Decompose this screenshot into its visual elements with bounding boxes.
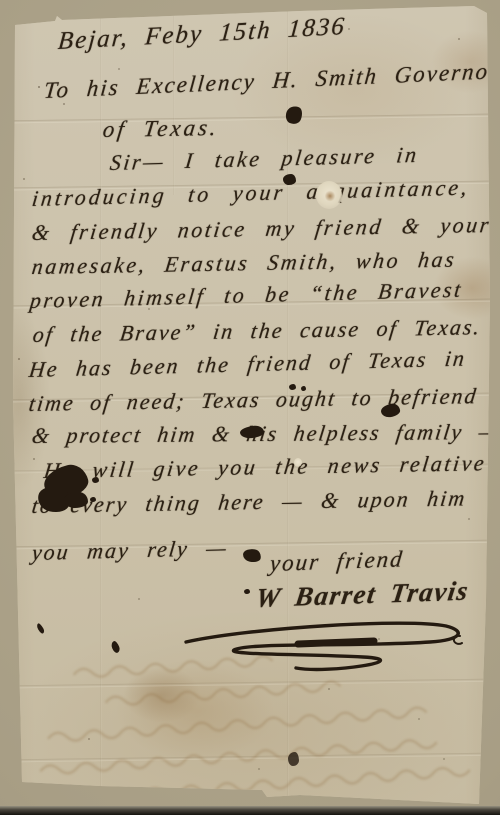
letter-body-line: you may rely —: [31, 535, 230, 566]
letter-paper-sheet: Bejar, Feby 15th 1836 To his Excellency …: [0, 0, 500, 815]
photographed-letter-scene: Bejar, Feby 15th 1836 To his Excellency …: [0, 0, 500, 815]
letter-body-line: time of need; Texas ought to befriend: [27, 383, 479, 417]
letter-closing: your friend: [269, 546, 406, 577]
letter-body-line: & protect him & his helpless family —: [30, 419, 500, 449]
ink-speck: [92, 477, 99, 483]
letter-body-line: Sir— I take pleasure in: [109, 142, 421, 176]
letter-body-line: introducing to your acquaintance,: [31, 174, 472, 212]
letter-address-line-2: of Texas.: [101, 115, 220, 143]
letter-address-line-1: To his Excellency H. Smith Governor: [43, 58, 500, 104]
ink-spot: [288, 752, 299, 766]
letter-body-line: namesake, Erastus Smith, who has: [30, 247, 457, 280]
ink-speck: [289, 384, 296, 390]
fold-crease: [10, 114, 492, 124]
ink-blot-large: [64, 492, 88, 508]
ink-speck: [90, 497, 96, 502]
ink-blot: [242, 548, 262, 564]
ink-speck: [301, 386, 306, 391]
letter-signature: W Barret Travis: [254, 575, 471, 614]
ink-blot: [283, 174, 296, 185]
signature-flourish: [178, 610, 478, 678]
ink-speck: [244, 589, 250, 594]
letter-body-line: He has been the friend of Texas in: [28, 346, 468, 384]
letter-body-line: to every thing here — & upon him: [30, 485, 468, 519]
paper-flecks: [0, 0, 2, 2]
paper-repair-stain: [325, 190, 335, 202]
photo-bottom-edge: [0, 806, 500, 815]
letter-body-line: He will give you the news relative: [42, 450, 487, 484]
letter-body-line: proven himself to be “the Bravest: [29, 277, 465, 314]
paper-white-spot: [294, 458, 302, 467]
ink-speck: [36, 622, 46, 634]
